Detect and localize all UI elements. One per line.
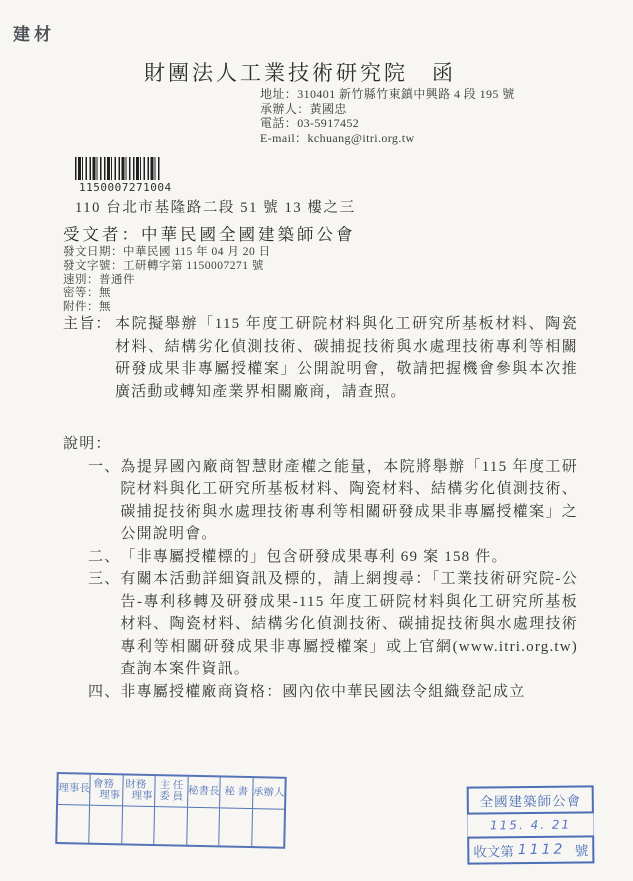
item-text: 非專屬授權廠商資格：國內依中華民國法令組織登記成立: [120, 681, 578, 704]
barcode-image: [75, 157, 161, 180]
handwritten-annotation: 建材: [13, 20, 55, 45]
subject-block: 主旨： 本院擬舉辦「115 年度工研院材料與化工研究所基板材料、陶瓷材料、結構劣…: [63, 313, 578, 403]
sender-email-line: E-mail：kchuang@itri.org.tw: [260, 131, 515, 146]
subject-label: 主旨：: [63, 313, 115, 403]
description-label: 說明：: [63, 433, 578, 456]
issue-date-line: 發文日期：中華民國 115 年 04 月 20 日: [63, 246, 271, 260]
receipt-stamp: 全國建築師公會 115. 4. 21 收文第 1112 號: [467, 785, 595, 856]
description-item-4: 四、 非專屬授權廠商資格：國內依中華民國法令組織登記成立: [88, 681, 578, 704]
speed-class-line: 速別：普通件: [63, 274, 271, 288]
item-text: 為提昇國內廠商智慧財產權之能量，本院將舉辦「115 年度工研院材料與化工研究所基…: [120, 456, 578, 546]
doc-number-line: 發文字號：工研轉字第 1150007271 號: [63, 260, 271, 274]
approval-col-chairman: 理事長: [58, 774, 90, 805]
subject-text: 本院擬舉辦「115 年度工研院材料與化工研究所基板材料、陶瓷材料、結構劣化偵測技…: [115, 313, 578, 403]
recipient-mailing-address: 110 台北市基隆路二段 51 號 13 樓之三: [75, 196, 356, 217]
item-text: 有關本活動詳細資訊及標的，請上網搜尋：「工業技術研究院-公告-專利移轉及研發成果…: [120, 568, 578, 681]
approval-signature-stamp: 理事長 會務 理事 財務 理事 主 任 委 員 秘書長 秘 書: [55, 772, 286, 849]
barcode-number: 1150007271004: [79, 181, 172, 194]
receipt-stamp-org: 全國建築師公會: [467, 785, 594, 814]
approval-col-secretary-general: 秘書長: [187, 777, 220, 808]
approval-col-affairs-director: 會務 理事: [89, 775, 122, 806]
approval-col-handler: 承辦人: [252, 778, 285, 809]
receipt-number-handwritten: 1112: [514, 842, 575, 859]
approval-col-finance-director: 財務 理事: [122, 775, 155, 806]
approval-col-secretary: 秘 書: [219, 777, 252, 808]
approval-stamp-signature-row: [57, 805, 284, 847]
item-number: 一、: [88, 456, 120, 546]
item-text: 「非專屬授權標的」包含研發成果專利 69 案 158 件。: [120, 546, 578, 569]
item-number: 三、: [88, 568, 120, 681]
security-class-line: 密等：無: [63, 287, 271, 301]
receipt-number-suffix: 號: [575, 839, 589, 859]
description-block: 說明： 一、 為提昇國內廠商智慧財產權之能量，本院將舉辦「115 年度工研院材料…: [63, 433, 578, 703]
receipt-number-prefix: 收文第: [473, 840, 514, 860]
item-number: 四、: [88, 681, 120, 704]
description-item-2: 二、 「非專屬授權標的」包含研發成果專利 69 案 158 件。: [88, 546, 578, 569]
approval-stamp-header-row: 理事長 會務 理事 財務 理事 主 任 委 員 秘書長 秘 書: [58, 774, 285, 810]
approval-col-chief-commissioner: 主 任 委 員: [154, 776, 187, 807]
sender-agent-line: 承辦人：黃國忠: [260, 102, 515, 117]
description-item-3: 三、 有關本活動詳細資訊及標的，請上網搜尋：「工業技術研究院-公告-專利移轉及研…: [88, 568, 578, 681]
recipient-line: 受文者：中華民國全國建築師公會: [63, 221, 356, 245]
item-number: 二、: [88, 546, 120, 569]
sender-contact-block: 地址：310401 新竹縣竹東鎮中興路 4 段 195 號 承辦人：黃國忠 電話…: [260, 87, 515, 145]
sender-address-line: 地址：310401 新竹縣竹東鎮中興路 4 段 195 號: [260, 87, 515, 102]
receipt-stamp-number-row: 收文第 1112 號: [467, 835, 594, 864]
receipt-stamp-date: 115. 4. 21: [467, 813, 594, 836]
description-item-1: 一、 為提昇國內廠商智慧財產權之能量，本院將舉辦「115 年度工研院材料與化工研…: [88, 456, 578, 546]
sender-phone-line: 電話：03-5917452: [260, 116, 515, 131]
letter-title: 財團法人工業技術研究院 函: [0, 57, 600, 87]
document-meta-block: 發文日期：中華民國 115 年 04 月 20 日 發文字號：工研轉字第 115…: [63, 246, 271, 315]
scanned-letter-page: 建材 財團法人工業技術研究院 函 地址：310401 新竹縣竹東鎮中興路 4 段…: [0, 0, 633, 881]
